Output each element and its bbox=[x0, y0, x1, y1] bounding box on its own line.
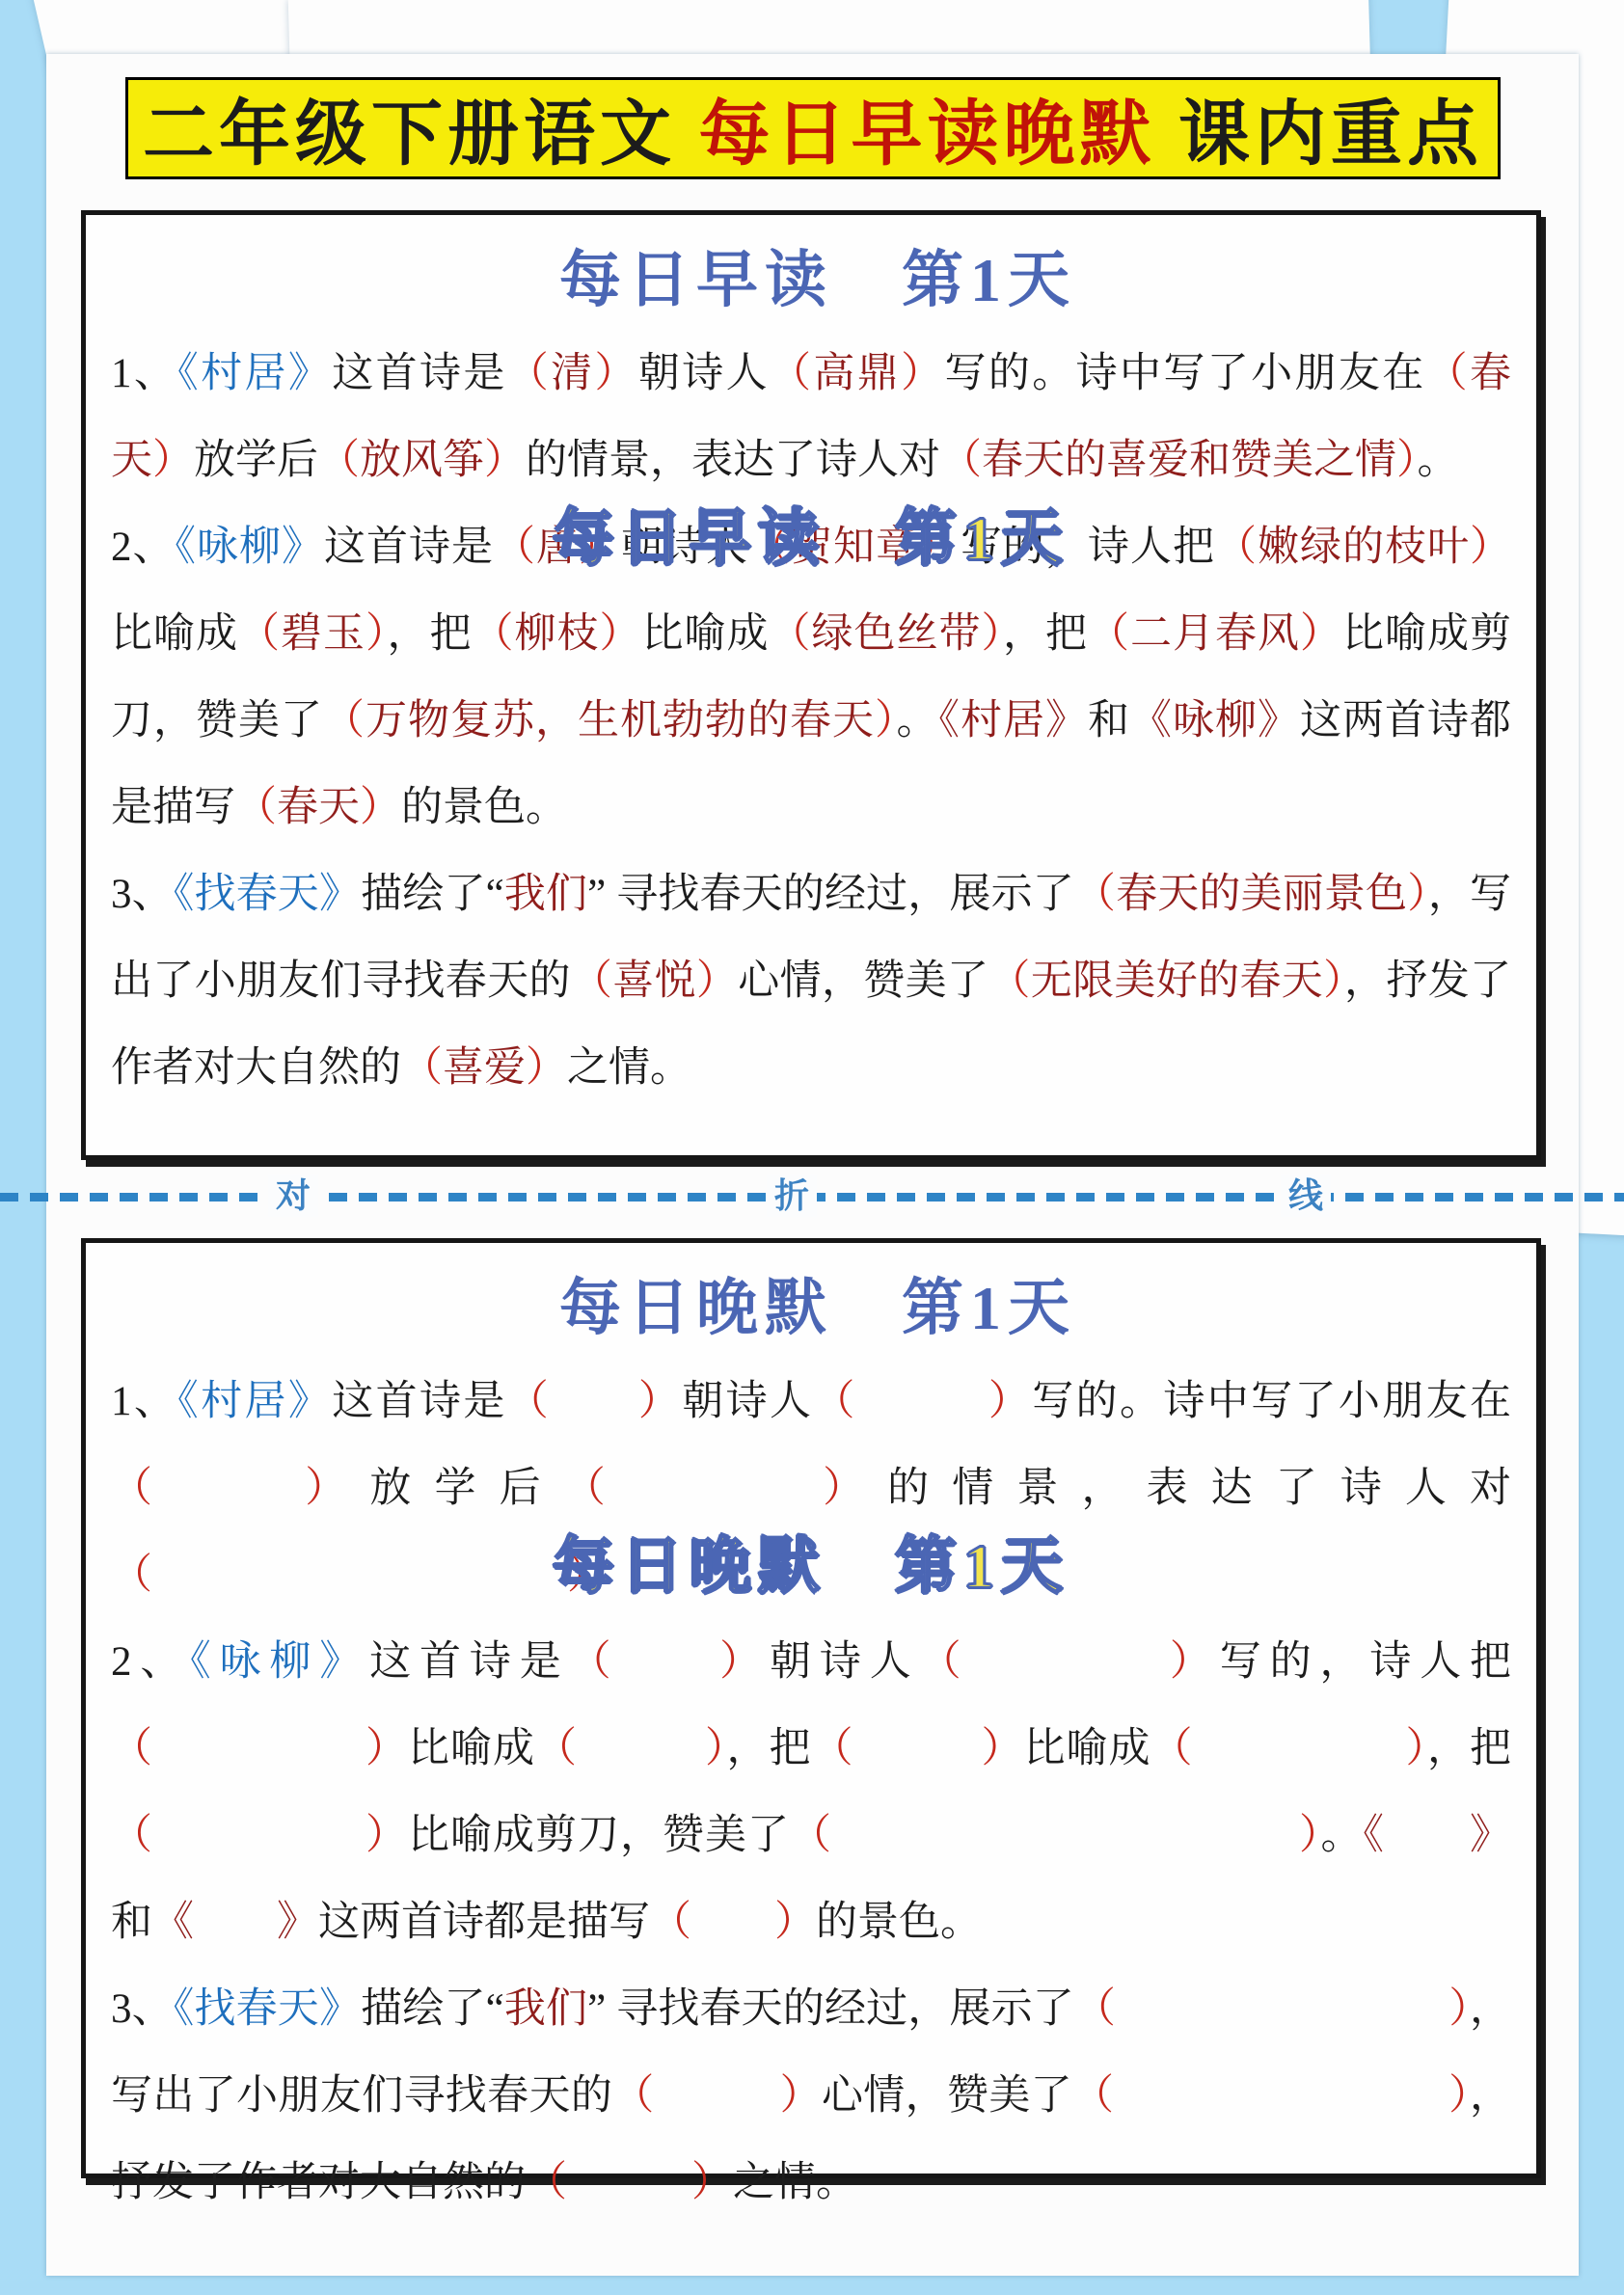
text-segment: 心情，赞美了 bbox=[822, 2073, 1072, 2119]
text-segment: （ bbox=[988, 958, 1030, 1004]
text-segment: ” 寻找春天的经过，展示了 bbox=[587, 1986, 1074, 2032]
text-segment: 第 bbox=[895, 1532, 963, 1601]
text-segment: 心情，赞美了 bbox=[738, 958, 988, 1004]
section-title-evening: 每日晚默 第1天 每日晚默 第1天 bbox=[111, 1256, 1511, 1349]
text-segment bbox=[826, 1532, 895, 1601]
text-segment: （ ） bbox=[1072, 2073, 1470, 2119]
fold-label-dui: 对 bbox=[268, 1174, 318, 1217]
text-segment: 1 bbox=[963, 1532, 1001, 1601]
text-segment: 比喻成剪刀，赞美了 bbox=[408, 1813, 790, 1858]
text-segment: ） bbox=[360, 785, 401, 830]
text-segment: 喜悦 bbox=[612, 958, 696, 1004]
text-segment: 《找春天》 bbox=[174, 1986, 361, 2032]
text-segment: 我们 bbox=[504, 872, 587, 917]
text-segment: 3、 bbox=[111, 872, 174, 917]
text-segment: 《 》 bbox=[1364, 1813, 1512, 1858]
text-segment: 春天 bbox=[277, 785, 360, 830]
text-segment: 无限美好的春天 bbox=[1031, 958, 1323, 1004]
text-segment: 二年级下册语文 bbox=[143, 77, 699, 179]
text-segment: 。 bbox=[1321, 1813, 1364, 1858]
text-segment: 天 bbox=[1001, 504, 1069, 573]
text-segment: 的景色。 bbox=[401, 785, 567, 830]
text-segment: （ ） bbox=[111, 1813, 408, 1858]
text-segment: 之情。 bbox=[567, 1045, 691, 1091]
text-segment: 读 bbox=[765, 246, 833, 314]
text-segment: 每日晚 bbox=[559, 1274, 765, 1342]
fold-label-zhe: 折 bbox=[767, 1174, 817, 1217]
text-segment: 1 bbox=[970, 1274, 1008, 1342]
text-segment: 课内重点 bbox=[1156, 77, 1484, 179]
text-segment: （ ） bbox=[790, 1813, 1321, 1858]
text-segment: 3、 bbox=[111, 1986, 174, 2032]
text-segment: 读 bbox=[758, 504, 826, 573]
text-segment: 第 bbox=[902, 1274, 970, 1342]
text-segment: 天 bbox=[1008, 246, 1076, 314]
text-segment: ） bbox=[526, 1045, 567, 1091]
text-segment: （ ） bbox=[612, 2073, 822, 2119]
fold-label-xian: 线 bbox=[1281, 1174, 1331, 1217]
text-segment: 喜爱 bbox=[443, 1045, 526, 1091]
fold-line: 对 折 线 bbox=[0, 1174, 1624, 1217]
section-title-evening-text: 每日晚默 第1天 bbox=[111, 1523, 1511, 1611]
section-title-morning-shadow: 每日早读 第1天 bbox=[118, 236, 1518, 325]
text-segment: 1 bbox=[963, 504, 1001, 573]
text-segment: （ bbox=[571, 958, 612, 1004]
text-segment bbox=[833, 1274, 902, 1342]
title-banner: 二年级下册语文 每日早读晚默 课内重点 bbox=[125, 77, 1501, 179]
text-segment: 每日早读晚默 bbox=[699, 77, 1156, 179]
section-title-morning-text: 每日早读 第1天 bbox=[111, 495, 1511, 583]
text-segment: 这两首诗都是描写 bbox=[318, 1900, 650, 1945]
text-segment: 第 bbox=[902, 246, 970, 314]
section-title-evening-shadow: 每日晚默 第1天 bbox=[118, 1264, 1518, 1353]
text-segment: 描绘了“ bbox=[361, 1986, 504, 2032]
text-segment: 春天的美丽景色 bbox=[1116, 872, 1407, 917]
text-segment: （ bbox=[1074, 872, 1116, 917]
text-segment: 1 bbox=[970, 246, 1008, 314]
section-evening-dictation: 每日晚默 第1天 每日晚默 第1天 1、《村居》这首诗是（ ）朝诗人（ ）写的。… bbox=[81, 1238, 1541, 2178]
text-segment: （ ） bbox=[526, 2160, 733, 2205]
text-segment bbox=[833, 246, 902, 314]
text-segment: 默 bbox=[765, 1274, 833, 1342]
worksheet-page: 二年级下册语文 每日早读晚默 课内重点 每日早读 第1天 每日早读 第1天 1、… bbox=[0, 0, 1624, 2295]
text-segment: 每日晚 bbox=[553, 1532, 758, 1601]
text-segment: 我们 bbox=[504, 1986, 587, 2032]
morning-question-3: 3、《找春天》描绘了“我们” 寻找春天的经过，展示了（春天的美丽景色），写出了小… bbox=[111, 851, 1511, 1112]
text-segment: 每日早 bbox=[559, 246, 765, 314]
evening-question-3: 3、《找春天》描绘了“我们” 寻找春天的经过，展示了（ ），写出了小朋友们寻找春… bbox=[111, 1966, 1511, 2227]
text-segment: 《找春天》 bbox=[174, 872, 361, 917]
text-segment: ） bbox=[1323, 958, 1344, 1004]
text-segment: ） bbox=[696, 958, 738, 1004]
text-segment: ） bbox=[1407, 872, 1428, 917]
section-morning-reading: 每日早读 第1天 每日早读 第1天 1、《村居》这首诗是（清）朝诗人（高鼎）写的… bbox=[81, 210, 1541, 1160]
text-segment: ” 寻找春天的经过，展示了 bbox=[587, 872, 1074, 917]
text-segment: 《 》 bbox=[152, 1900, 318, 1945]
section-title-morning: 每日早读 第1天 每日早读 第1天 bbox=[111, 229, 1511, 321]
text-segment bbox=[826, 504, 895, 573]
text-segment: （ ） bbox=[650, 1900, 816, 1945]
text-segment: 和 bbox=[111, 1900, 152, 1945]
text-segment: （ bbox=[235, 785, 277, 830]
text-segment: 每日早 bbox=[553, 504, 758, 573]
text-segment: 默 bbox=[758, 1532, 826, 1601]
text-segment: 的景色。 bbox=[816, 1900, 982, 1945]
text-segment: （ bbox=[401, 1045, 443, 1091]
text-segment: （ ） bbox=[1074, 1986, 1470, 2032]
text-segment: 第 bbox=[895, 504, 963, 573]
text-segment: 天 bbox=[1008, 1274, 1076, 1342]
text-segment: 描绘了“ bbox=[361, 872, 504, 917]
text-segment: 天 bbox=[1001, 1532, 1069, 1601]
text-segment: 之情。 bbox=[733, 2160, 857, 2205]
